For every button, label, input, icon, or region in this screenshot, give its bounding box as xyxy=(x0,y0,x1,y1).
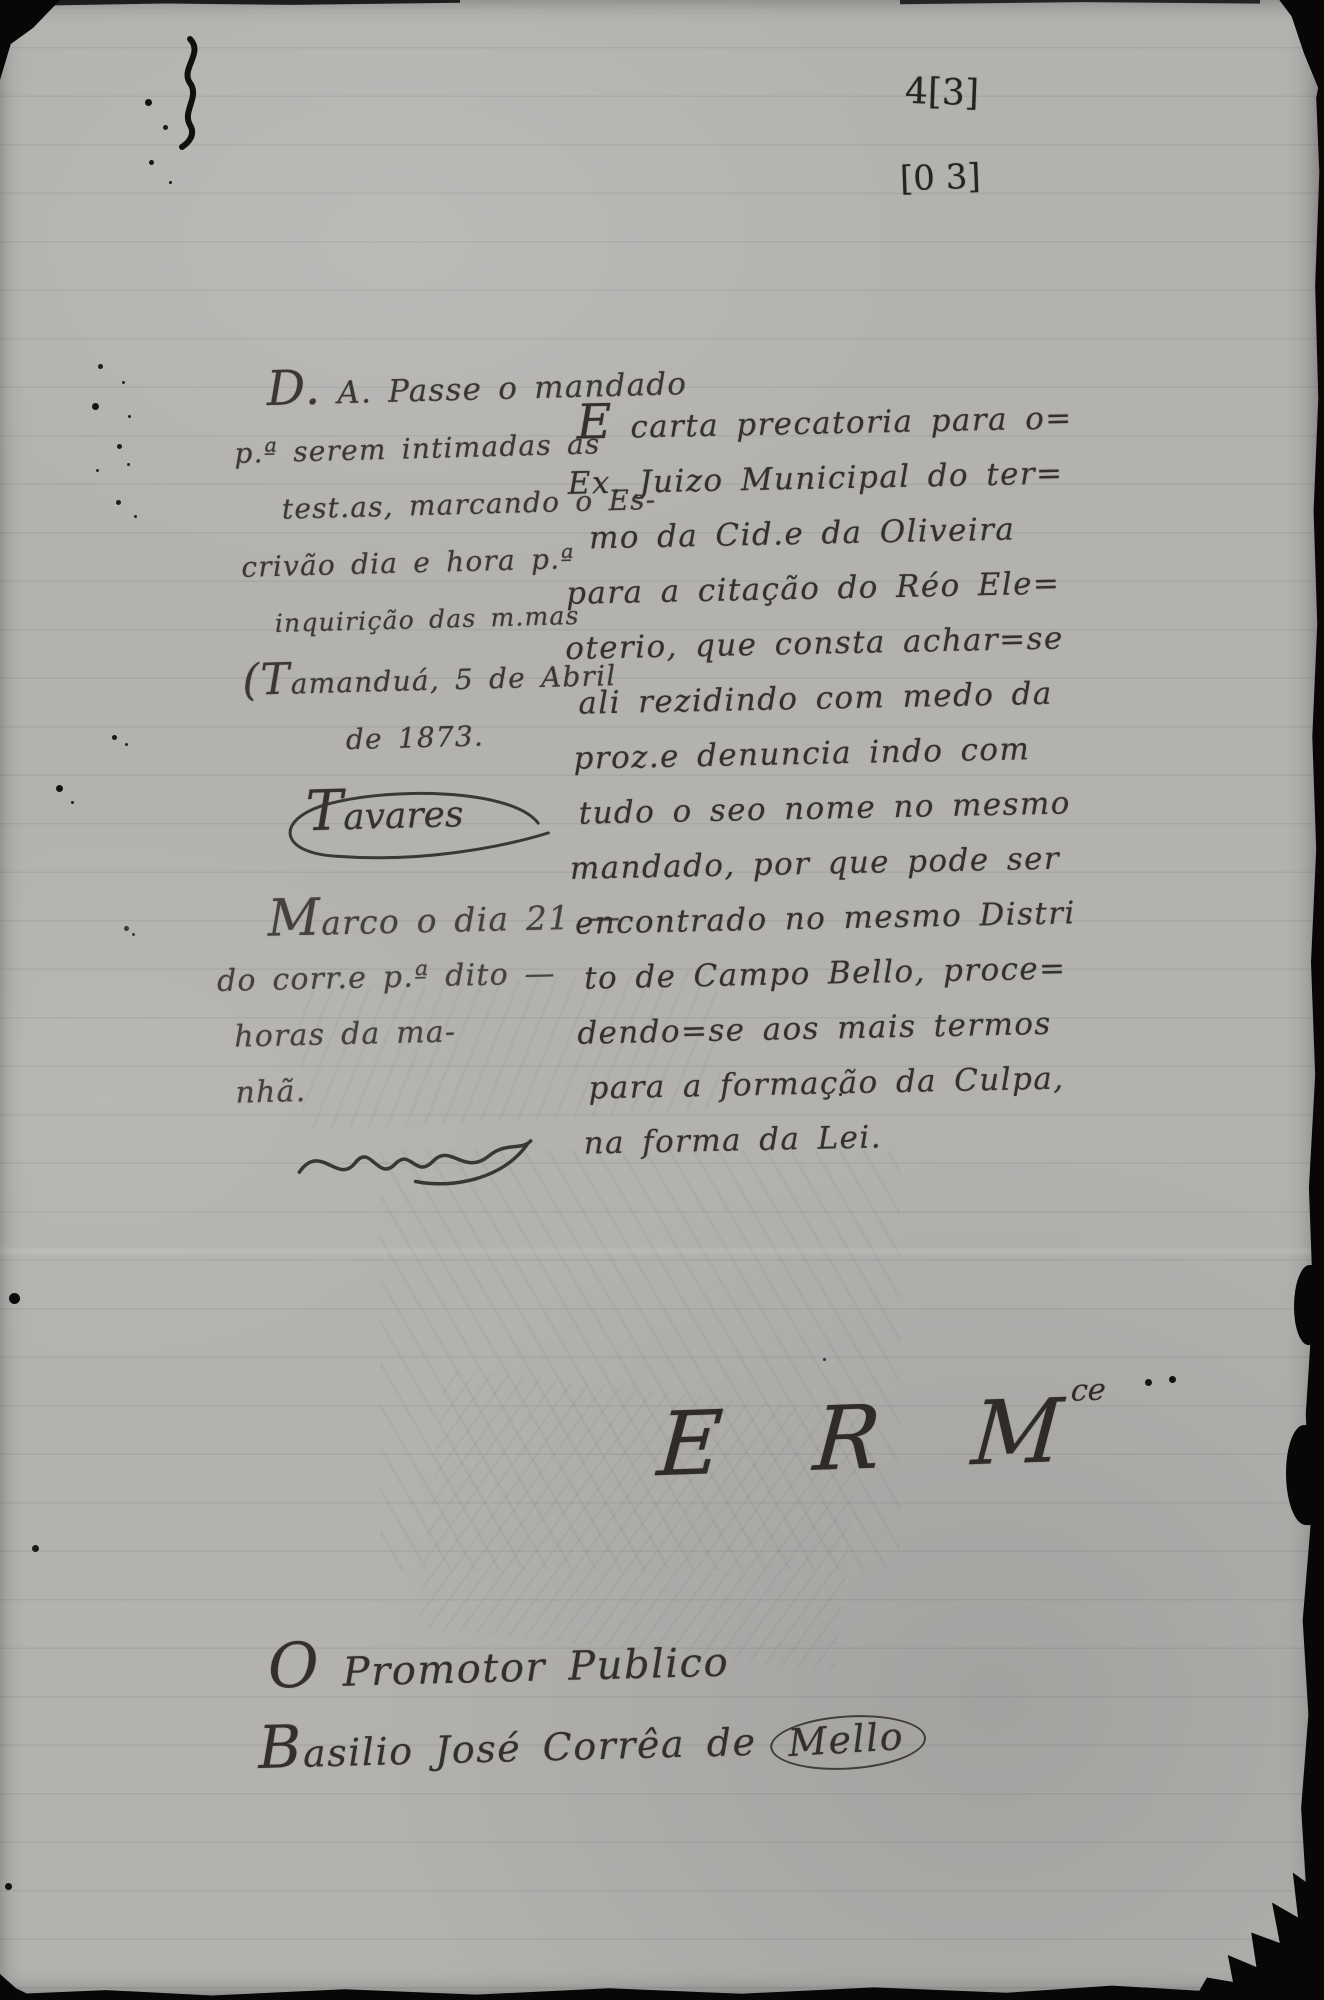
handwritten-line: do corr.e p.ª dito — xyxy=(216,946,577,1010)
handwritten-line: para a formação da Culpa, xyxy=(574,1052,1055,1117)
handwritten-line: na forma da Lei. xyxy=(575,1107,1056,1172)
handwritten-line: mo da Cid.e da Oliveira xyxy=(562,502,1043,567)
handwritten-line: tudo o seo nome no mesmo xyxy=(568,777,1049,842)
handwritten-line: para a citação do Réo Ele= xyxy=(564,557,1045,622)
rubric-signature xyxy=(290,1121,542,1199)
monogram-letters: E R M xyxy=(654,1378,1086,1496)
handwritten-line: (Tamanduá, 5 de Abril xyxy=(240,643,621,714)
handwritten-line: proz.e denuncia indo com xyxy=(567,722,1048,787)
signer-name: Basilio José Corrêa deMello xyxy=(257,1695,927,1784)
handwritten-line: D. A. Passe o mandado xyxy=(232,352,614,425)
signer-surname-flourish: Mello xyxy=(769,1711,928,1774)
ink-squiggle-mark xyxy=(160,35,210,153)
document-scan: 4[3] [0 3] D. A. Passe o mandado p.ª ser… xyxy=(0,0,1324,2000)
handwritten-line: mandado, por que pode ser xyxy=(569,832,1050,897)
handwritten-line: to de Campo Bello, proce= xyxy=(572,942,1053,1007)
handwritten-line: inquirição das m.mas xyxy=(238,586,619,653)
handwritten-line: horas da ma- xyxy=(218,1002,579,1066)
handwritten-line: dendo=se aos mais termos xyxy=(573,997,1054,1062)
handwritten-line: oterio, que consta achar=se xyxy=(565,612,1046,677)
signer-name-text: Basilio José Corrêa de xyxy=(258,1720,757,1777)
folio-annotation-lower: [0 3] xyxy=(899,157,981,200)
handwritten-line: p.ª serem intimadas as xyxy=(234,415,615,482)
main-text-carta-precatoria: E carta precatoria para o= Ex. Juizo Mun… xyxy=(560,386,1056,1172)
showthrough-smudge xyxy=(380,1150,900,1570)
handwritten-line: test.as, marcando o Es- xyxy=(235,472,616,539)
signature-text: Tavares xyxy=(305,794,464,839)
handwritten-line: de 1873. xyxy=(241,704,622,771)
torn-edge-blob xyxy=(1294,1265,1324,1345)
signer-role: O Promotor Publico xyxy=(255,1613,925,1703)
courtesy-monogram-erm: E R Mce xyxy=(654,1372,1106,1496)
handwritten-line: crivão dia e hora p.ª xyxy=(237,529,618,596)
handwritten-line: ali rezidindo com medo da xyxy=(566,667,1047,732)
paper-crease xyxy=(0,1246,1324,1256)
handwritten-line: E carta precatoria para o= xyxy=(560,386,1041,457)
folio-annotation-top: 4[3] xyxy=(904,71,979,115)
handwritten-line: Ex. Juizo Municipal do ter= xyxy=(561,447,1042,512)
handwritten-line: nhã. xyxy=(219,1058,580,1122)
closing-signature-block: O Promotor Publico Basilio José Corrêa d… xyxy=(255,1613,927,1785)
torn-edge-blob xyxy=(1286,1425,1324,1525)
margin-note-despacho-2: Marco o dia 21 — do corr.e p.ª dito — ho… xyxy=(215,885,582,1200)
paper-page: 4[3] [0 3] D. A. Passe o mandado p.ª ser… xyxy=(0,0,1324,2000)
monogram-superscript: ce xyxy=(1070,1372,1107,1408)
handwritten-line: encontrado no mesmo Distri xyxy=(570,887,1051,952)
handwritten-line: Marco o dia 21 — xyxy=(215,885,576,954)
